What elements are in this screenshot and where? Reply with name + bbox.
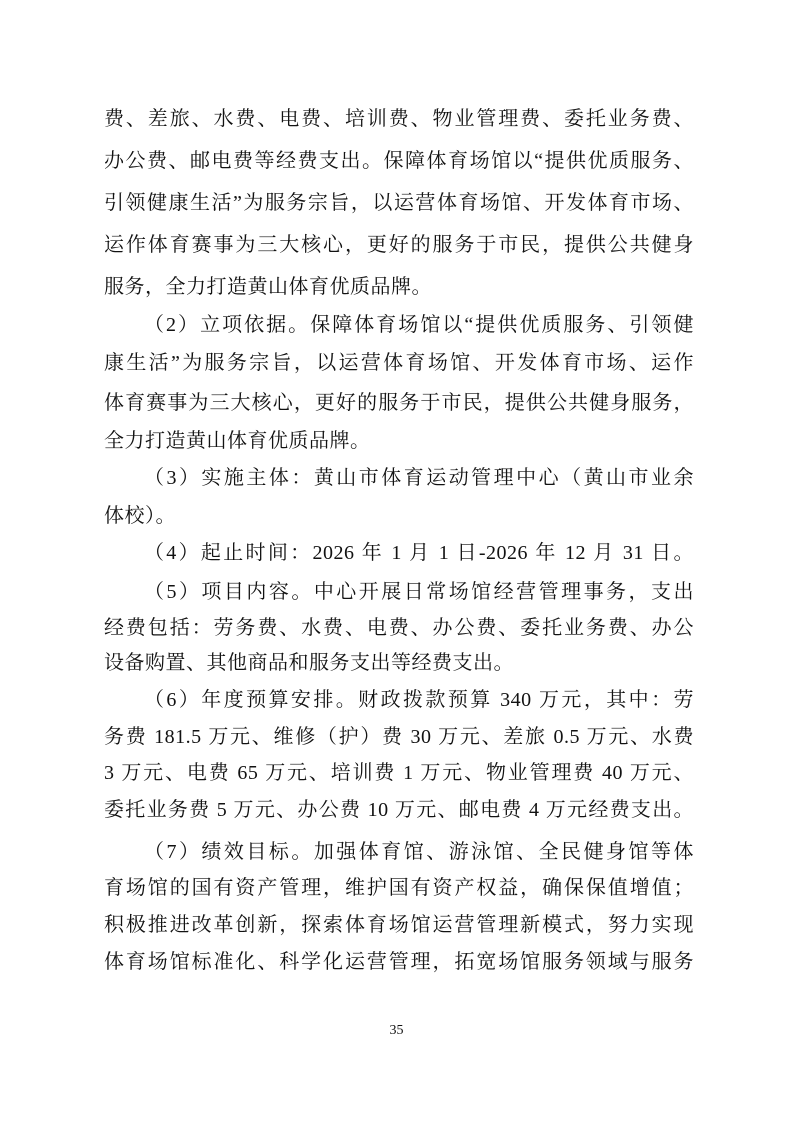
text-line: （7）绩效目标。加强体育馆、游泳馆、全民健身馆等体 <box>104 838 694 868</box>
text-line: 康生活”为服务宗旨，以运营体育场馆、开发体育市场、运作 <box>104 349 694 379</box>
text-line: 积极推进改革创新，探索体育场馆运营管理新模式，努力实现 <box>104 911 694 941</box>
document-page: 费、差旅、水费、电费、培训费、物业管理费、委托业务费、 办公费、邮电费等经费支出… <box>0 0 793 1122</box>
text-line: 3 万元、电费 65 万元、培训费 1 万元、物业管理费 40 万元、 <box>104 759 694 789</box>
text-line: 运作体育赛事为三大核心，更好的服务于市民，提供公共健身 <box>104 231 694 261</box>
text-line: 育场馆的国有资产管理，维护国有资产权益，确保保值增值； <box>104 874 694 904</box>
text-line: （6）年度预算安排。财政拨款预算 340 万元，其中：劳 <box>104 686 694 716</box>
text-line: 办公费、邮电费等经费支出。保障体育场馆以“提供优质服务、 <box>104 147 694 177</box>
text-line: 服务，全力打造黄山体育优质品牌。 <box>104 273 694 303</box>
text-line: 费、差旅、水费、电费、培训费、物业管理费、委托业务费、 <box>104 105 694 135</box>
text-line: 体育赛事为三大核心，更好的服务于市民，提供公共健身服务， <box>104 389 694 419</box>
text-line: 委托业务费 5 万元、办公费 10 万元、邮电费 4 万元经费支出。 <box>104 796 694 826</box>
text-line: （5）项目内容。中心开展日常场馆经营管理事务，支出 <box>104 578 694 608</box>
text-line: 体育场馆标准化、科学化运营管理，拓宽场馆服务领域与服务 <box>104 948 694 978</box>
text-line: （3）实施主体：黄山市体育运动管理中心（黄山市业余 <box>104 464 694 494</box>
text-line: 引领健康生活”为服务宗旨，以运营体育场馆、开发体育市场、 <box>104 189 694 219</box>
text-line: 经费包括：劳务费、水费、电费、办公费、委托业务费、办公 <box>104 614 694 644</box>
text-line: 体校）。 <box>104 502 694 532</box>
text-line: （2）立项依据。保障体育场馆以“提供优质服务、引领健 <box>104 311 694 341</box>
text-line: 务费 181.5 万元、维修（护）费 30 万元、差旅 0.5 万元、水费 <box>104 723 694 753</box>
text-line: （4）起止时间：2026 年 1 月 1 日-2026 年 12 月 31 日。 <box>104 539 694 569</box>
text-line: 全力打造黄山体育优质品牌。 <box>104 427 694 457</box>
page-number: 35 <box>0 1022 793 1040</box>
text-line: 设备购置、其他商品和服务支出等经费支出。 <box>104 649 694 679</box>
